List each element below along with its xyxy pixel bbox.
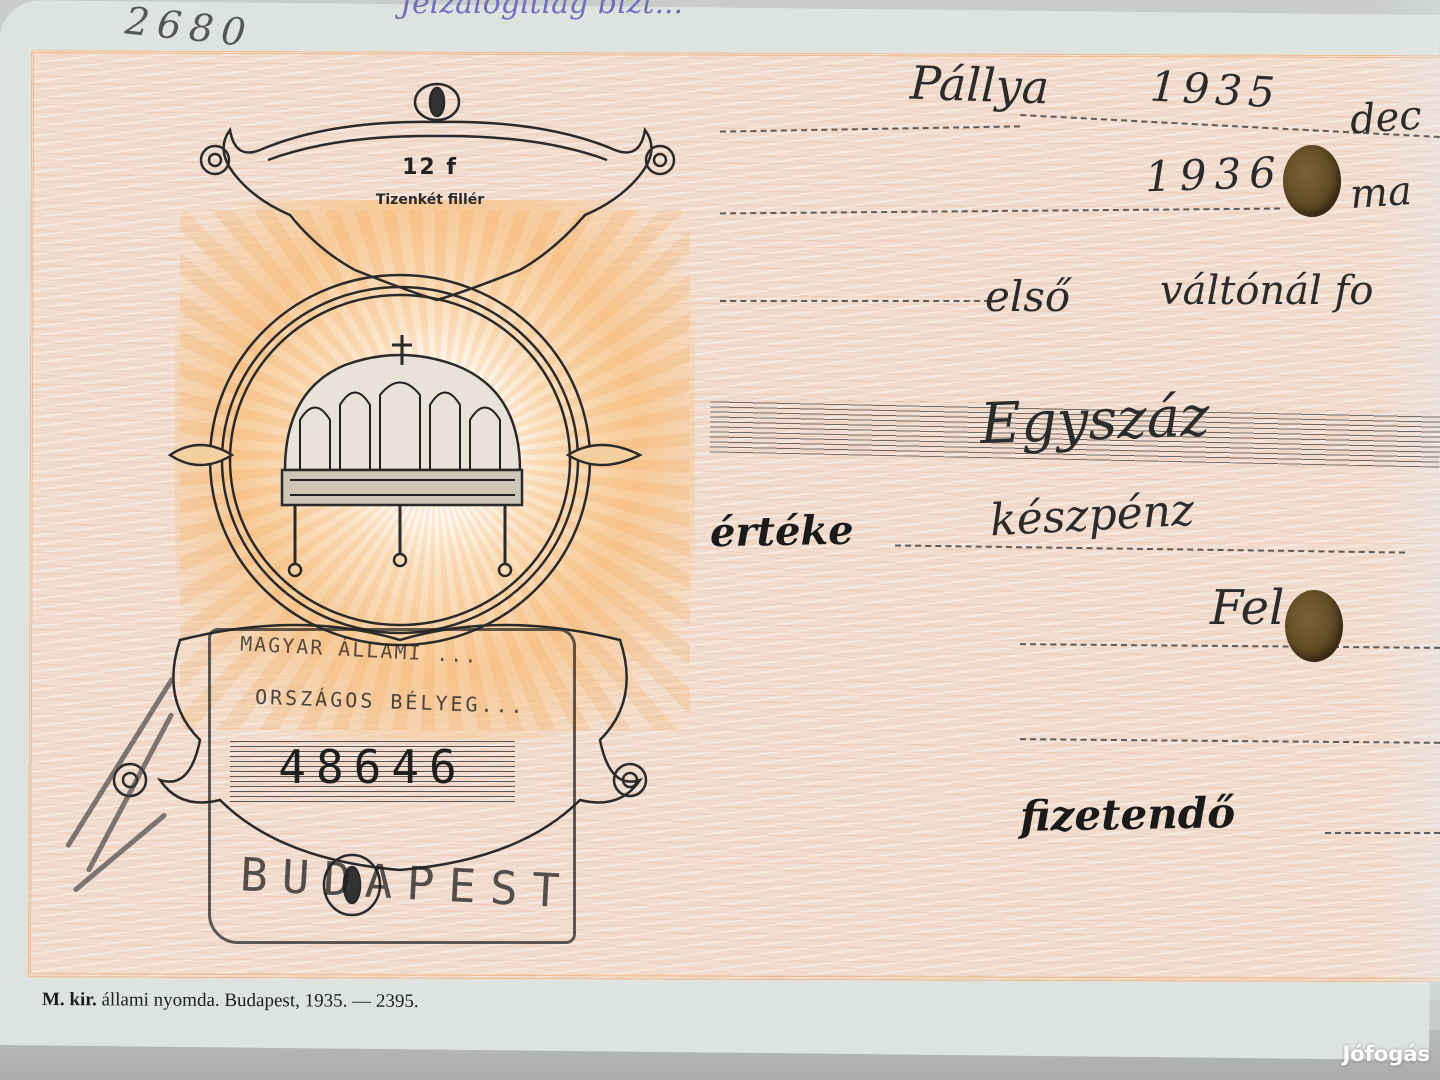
printed-valtonal: váltónál fo <box>1160 268 1373 314</box>
handwritten-signature: Fel <box>1210 580 1284 636</box>
label-erteke: értéke <box>710 507 854 556</box>
form-line <box>720 300 990 302</box>
form-line <box>1325 832 1440 834</box>
punch-hole <box>1283 145 1341 217</box>
handwritten-year-due: 1936 <box>1144 148 1285 202</box>
handwritten-first: első <box>985 272 1070 321</box>
site-watermark: Jófogás <box>1342 1042 1430 1066</box>
printer-imprint: M. kir. állami nyomda. Budapest, 1935. —… <box>42 989 419 1013</box>
punch-hole <box>1285 590 1343 662</box>
handwritten-month-issue: dec <box>1348 93 1423 144</box>
cancellation-serial-number: 48646 <box>230 740 515 794</box>
handwritten-month-due: ma <box>1348 168 1413 218</box>
handwritten-place: Pállya <box>909 56 1050 115</box>
imprint-text: állami nyomda. Budapest, 1935. — 2395. <box>101 989 418 1012</box>
label-fizetendo: fizetendő <box>1020 788 1236 841</box>
imprint-prefix: M. kir. <box>42 989 97 1010</box>
handwritten-currency: készpénz <box>989 485 1196 547</box>
handwritten-year-issue: 1935 <box>1149 62 1282 118</box>
stamp-value-text: Tizenkét fillér <box>320 192 540 208</box>
handwritten-amount-words: Egyszáz <box>979 384 1211 457</box>
stamp-value-numeric: 12 f <box>340 155 520 180</box>
